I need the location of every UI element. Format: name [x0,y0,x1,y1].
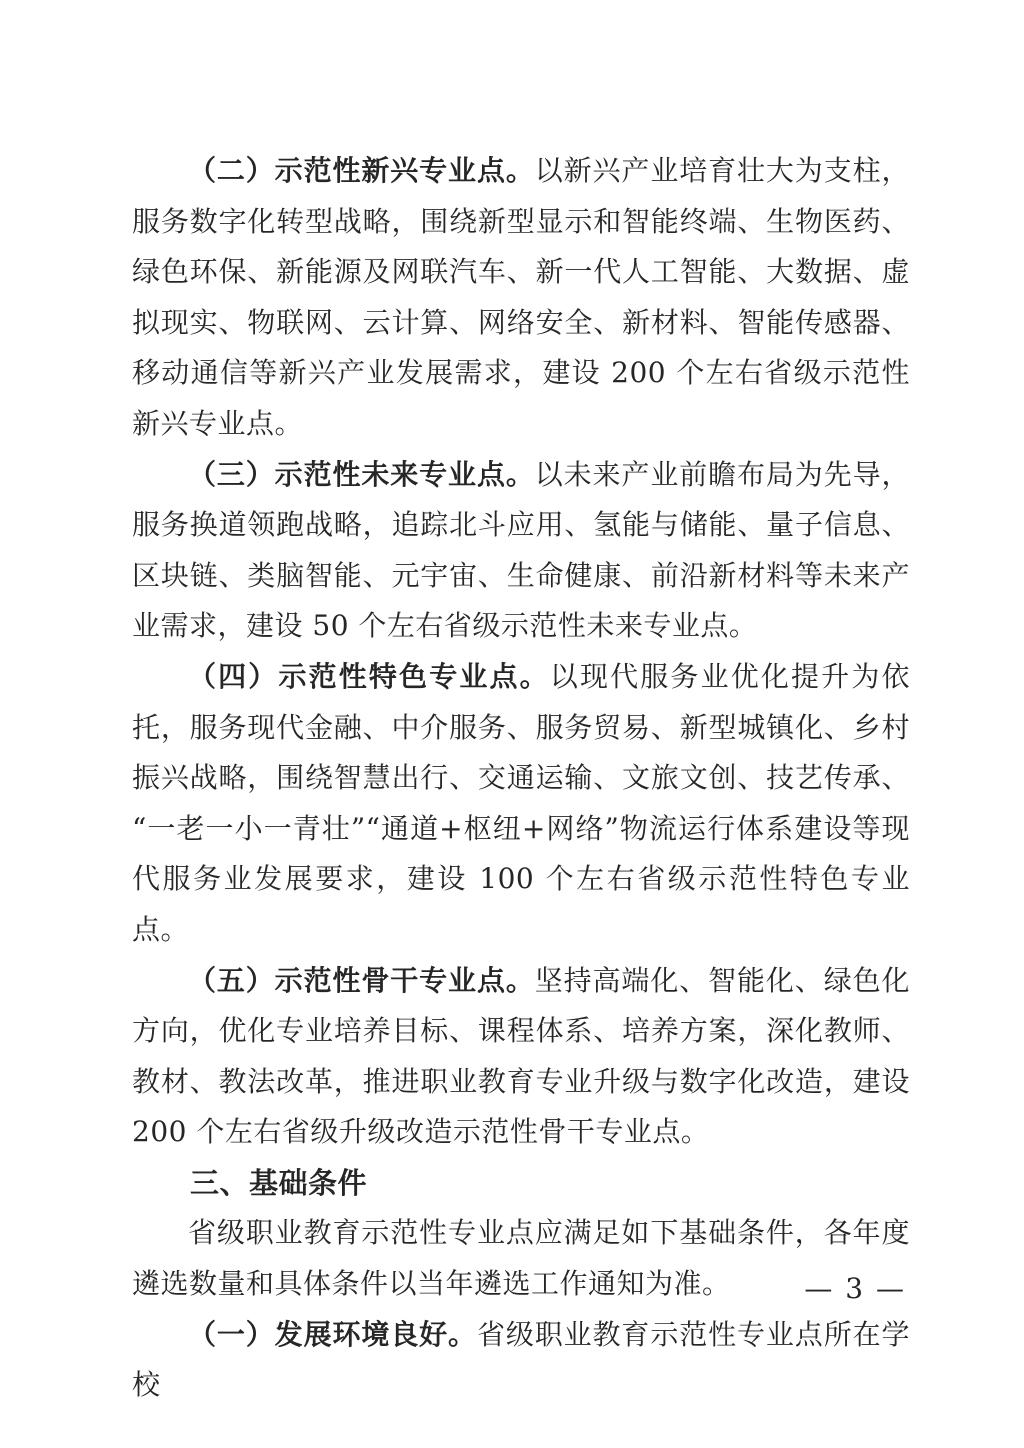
paragraph-item-4: （四）示范性特色专业点。以现代服务业优化提升为依托，服务现代金融、中介服务、服务… [132,652,910,956]
paragraph-lead: （二）示范性新兴专业点。 [188,154,535,187]
document-body: （二）示范性新兴专业点。以新兴产业培育壮大为支柱，服务数字化转型战略，围绕新型显… [132,146,910,1411]
paragraph-lead: （一）发展环境良好。 [188,1318,477,1351]
page-number: — 3 — [804,1264,906,1314]
section-intro-paragraph: 省级职业教育示范性专业点应满足如下基础条件，各年度遴选数量和具体条件以当年遴选工… [132,1208,910,1309]
paragraph-lead: （五）示范性骨干专业点。 [188,964,535,997]
paragraph-text: 以现代服务业优化提升为依托，服务现代金融、中介服务、服务贸易、新型城镇化、乡村振… [132,660,910,946]
paragraph-item-1: （一）发展环境良好。省级职业教育示范性专业点所在学校 [132,1310,910,1411]
section-heading-basic-conditions: 三、基础条件 [132,1158,910,1209]
paragraph-text: 以新兴产业培育壮大为支柱，服务数字化转型战略，围绕新型显示和智能终端、生物医药、… [132,154,910,440]
paragraph-item-2: （二）示范性新兴专业点。以新兴产业培育壮大为支柱，服务数字化转型战略，围绕新型显… [132,146,910,450]
paragraph-lead: （四）示范性特色专业点。 [188,660,550,693]
document-page: （二）示范性新兴专业点。以新兴产业培育壮大为支柱，服务数字化转型战略，围绕新型显… [0,0,1024,1448]
paragraph-item-3: （三）示范性未来专业点。以未来产业前瞻布局为先导，服务换道领跑战略，追踪北斗应用… [132,450,910,652]
paragraph-lead: （三）示范性未来专业点。 [188,458,535,491]
paragraph-item-5: （五）示范性骨干专业点。坚持高端化、智能化、绿色化方向，优化专业培养目标、课程体… [132,956,910,1158]
